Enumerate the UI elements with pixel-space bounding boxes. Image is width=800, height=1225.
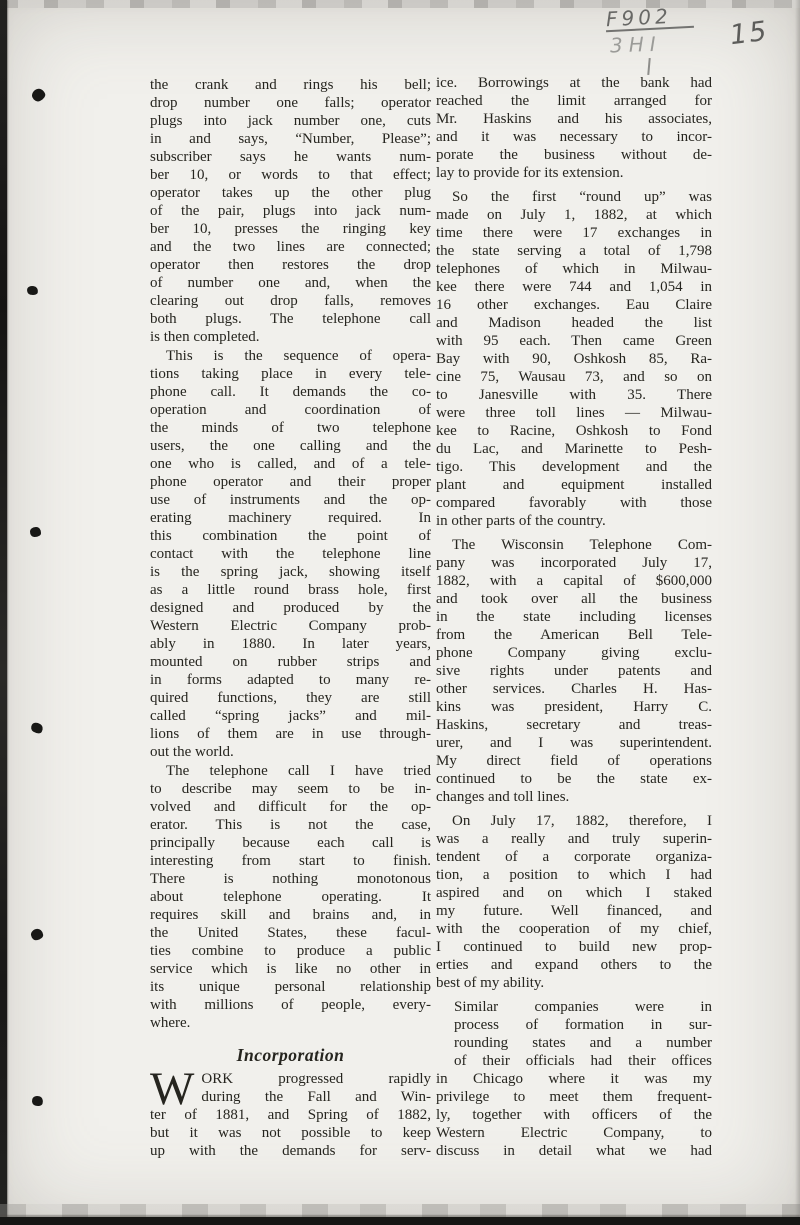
- text-line: On July 17, 1882, therefore, I: [436, 812, 712, 830]
- paragraph: The telephone call I have triedto descri…: [150, 762, 431, 1032]
- paragraph: So the first “round up” wasmade on July …: [436, 188, 712, 530]
- text-line: lay to provide for its extension.: [436, 164, 712, 182]
- text-line: best of my ability.: [436, 974, 712, 992]
- ink-spot: [31, 1095, 44, 1108]
- text-line: but it was not possible to keep: [150, 1124, 431, 1142]
- text-line: and the two lines are connected;: [150, 238, 431, 256]
- scan-edge-bottom-mottle: [0, 1204, 800, 1217]
- text-line: discuss in detail what we had: [436, 1142, 712, 1160]
- text-line: the minds of two telephone: [150, 419, 431, 437]
- text-line: Haskins, secretary and treas-: [436, 716, 712, 734]
- text-line: of number one and, when the: [150, 274, 431, 292]
- text-line: ties combine to produce a public: [150, 942, 431, 960]
- text-line: to describe may seem to be in-: [150, 780, 431, 798]
- left-text-column: the crank and rings his bell;drop number…: [150, 76, 431, 1160]
- text-line: time there were 17 exchanges in: [436, 224, 712, 242]
- paragraph: WORK progressed rapidlyduring the Fall a…: [150, 1070, 431, 1160]
- handwritten-tick-mark: [647, 58, 650, 75]
- ink-spot: [26, 285, 38, 296]
- text-line: volved and difficult for the op-: [150, 798, 431, 816]
- text-line: were three toll lines — Milwau-: [436, 404, 712, 422]
- text-line: tion, a position to which I had: [436, 866, 712, 884]
- text-line: ice. Borrowings at the bank had: [436, 74, 712, 92]
- text-line: cine 75, Wausau 73, and so on: [436, 368, 712, 386]
- text-line: and took over all the business: [436, 590, 712, 608]
- drop-cap-letter: W: [150, 1070, 201, 1106]
- text-line: ably in 1880. In later years,: [150, 635, 431, 653]
- text-line: service which is like no other in: [150, 960, 431, 978]
- scanned-document-page: F902 3HI 15 the crank and rings his bell…: [0, 0, 800, 1225]
- text-line: and Madison headed the list: [436, 314, 712, 332]
- text-line: kins was president, Harry C.: [436, 698, 712, 716]
- text-line: ly, together with officers of the: [436, 1106, 712, 1124]
- section-heading: Incorporation: [150, 1046, 431, 1064]
- text-line: tigo. This development and the: [436, 458, 712, 476]
- text-line: erator. This is not the case,: [150, 816, 431, 834]
- text-line: quired functions, they are still: [150, 689, 431, 707]
- scan-edge-left: [0, 0, 7, 1225]
- paragraph: the crank and rings his bell;drop number…: [150, 76, 431, 346]
- text-line: to Janesville with 35. There: [436, 386, 712, 404]
- text-line: tendent of a corporate organiza-: [436, 848, 712, 866]
- text-line: my future. Well financed, and: [436, 902, 712, 920]
- text-line: where.: [150, 1014, 431, 1032]
- text-line: both plugs. The telephone call: [150, 310, 431, 328]
- paragraph: ice. Borrowings at the bank hadreached t…: [436, 74, 712, 182]
- text-line: aspired and on which I staked: [436, 884, 712, 902]
- text-line: with the cooperation of my chief,: [436, 920, 712, 938]
- text-line: its unique personal relationship: [150, 978, 431, 996]
- text-line: drop number one falls; operator: [150, 94, 431, 112]
- text-line: 16 other exchanges. Eau Claire: [436, 296, 712, 314]
- text-line: Mr. Haskins and his associates,: [436, 110, 712, 128]
- text-line: users, the one calling and the: [150, 437, 431, 455]
- text-line: Similar companies were in: [436, 998, 712, 1016]
- text-line: phone call. It demands the co-: [150, 383, 431, 401]
- text-line: out the world.: [150, 743, 431, 761]
- ink-spot: [30, 527, 41, 537]
- text-line: The telephone call I have tried: [150, 762, 431, 780]
- text-line: contact with the telephone line: [150, 545, 431, 563]
- text-line: du Lac, and Marinette to Pesh-: [436, 440, 712, 458]
- text-line: The Wisconsin Telephone Com-: [436, 536, 712, 554]
- text-line: urer, and I was superintendent.: [436, 734, 712, 752]
- text-line: was a really and truly superin-: [436, 830, 712, 848]
- handwritten-code-bottom: 3HI: [610, 31, 695, 58]
- text-line: is the spring jack, showing itself: [150, 563, 431, 581]
- text-line: operation and coordination of: [150, 401, 431, 419]
- text-line: This is the sequence of opera-: [150, 347, 431, 365]
- text-line: subscriber says he wants num-: [150, 148, 431, 166]
- text-line: ter of 1881, and Spring of 1882,: [150, 1106, 431, 1124]
- text-line: process of formation in sur-: [436, 1016, 712, 1034]
- text-line: kee there were 744 and 1,054 in: [436, 278, 712, 296]
- text-line: telephones of which in Milwau-: [436, 260, 712, 278]
- text-line: 1882, with a capital of $600,000: [436, 572, 712, 590]
- text-line: from the American Bell Tele-: [436, 626, 712, 644]
- paragraph: The Wisconsin Telephone Com-pany was inc…: [436, 536, 712, 806]
- text-line: requires skill and brains and, in: [150, 906, 431, 924]
- text-line: Western Electric Company prob-: [150, 617, 431, 635]
- text-line: with millions of people, every-: [150, 996, 431, 1014]
- text-line: tions taking place in every tele-: [150, 365, 431, 383]
- text-line: made on July 1, 1882, at which: [436, 206, 712, 224]
- scan-edge-bottom: [0, 1217, 800, 1225]
- text-line: with 95 each. Then came Green: [436, 332, 712, 350]
- right-text-column: ice. Borrowings at the bank hadreached t…: [436, 74, 712, 1160]
- text-line: I continued to build new prop-: [436, 938, 712, 956]
- text-line: continued to be the state ex-: [436, 770, 712, 788]
- text-line: use of instruments and the op-: [150, 491, 431, 509]
- text-line: called “spring jacks” and mil-: [150, 707, 431, 725]
- text-line: in and says, “Number, Please”;: [150, 130, 431, 148]
- scan-edge-right: [795, 0, 800, 1225]
- text-line: rounding states and a number: [436, 1034, 712, 1052]
- text-line: erties and expand others to the: [436, 956, 712, 974]
- handwritten-page-number: 15: [728, 16, 770, 51]
- text-line: the crank and rings his bell;: [150, 76, 431, 94]
- handwritten-annotation: F902 3HI: [606, 5, 694, 75]
- text-line: phone operator and their proper: [150, 473, 431, 491]
- text-line: phone Company giving exclu-: [436, 644, 712, 662]
- paragraph: This is the sequence of opera-tions taki…: [150, 347, 431, 761]
- text-line: pany was incorporated July 17,: [436, 554, 712, 572]
- text-line: one who is called, and of a tele-: [150, 455, 431, 473]
- text-line: in other parts of the country.: [436, 512, 712, 530]
- text-line: privilege to meet them frequent-: [436, 1088, 712, 1106]
- text-line: this combination the point of: [150, 527, 431, 545]
- text-line: operator then restores the drop: [150, 256, 431, 274]
- text-line: Western Electric Company, to: [436, 1124, 712, 1142]
- text-line: erating machinery required. In: [150, 509, 431, 527]
- text-line: clearing out drop falls, removes: [150, 292, 431, 310]
- text-line: porate the business without de-: [436, 146, 712, 164]
- text-line: in the state including licenses: [436, 608, 712, 626]
- text-line: and it was necessary to incor-: [436, 128, 712, 146]
- ink-spot: [30, 928, 44, 941]
- text-line: as a little round brass hole, first: [150, 581, 431, 599]
- paragraph: Similar companies were inprocess of form…: [436, 998, 712, 1160]
- text-line: My direct field of operations: [436, 752, 712, 770]
- text-line: ber 10, or words to that effect;: [150, 166, 431, 184]
- text-line: in Chicago where it was my: [436, 1070, 712, 1088]
- ink-spot: [29, 721, 44, 736]
- paragraph: On July 17, 1882, therefore, Iwas a real…: [436, 812, 712, 992]
- text-line: Bay with 90, Oshkosh 85, Ra-: [436, 350, 712, 368]
- text-line: There is nothing monotonous: [150, 870, 431, 888]
- text-line: the United States, these facul-: [150, 924, 431, 942]
- text-line: about telephone operating. It: [150, 888, 431, 906]
- text-line: principally because each call is: [150, 834, 431, 852]
- text-line: plugs into jack number one, cuts: [150, 112, 431, 130]
- text-line: reached the limit arranged for: [436, 92, 712, 110]
- text-line: compared favorably with those: [436, 494, 712, 512]
- text-line: the state serving a total of 1,798: [436, 242, 712, 260]
- text-line: of their officials had their offices: [436, 1052, 712, 1070]
- text-line: of the pair, plugs into jack num-: [150, 202, 431, 220]
- text-line: interesting from start to finish.: [150, 852, 431, 870]
- ink-spot: [30, 87, 47, 103]
- text-line: plant and equipment installed: [436, 476, 712, 494]
- text-line: operator takes up the other plug: [150, 184, 431, 202]
- text-line: lions of them are in use through-: [150, 725, 431, 743]
- text-line: designed and produced by the: [150, 599, 431, 617]
- text-line: is then completed.: [150, 328, 431, 346]
- text-line: sive rights under patents and: [436, 662, 712, 680]
- text-line: up with the demands for serv-: [150, 1142, 431, 1160]
- text-line: ber 10, presses the ringing key: [150, 220, 431, 238]
- text-line: So the first “round up” was: [436, 188, 712, 206]
- text-line: in forms adapted to many re-: [150, 671, 431, 689]
- text-line: changes and toll lines.: [436, 788, 712, 806]
- text-line: mounted on rubber strips and: [150, 653, 431, 671]
- text-line: kee to Racine, Oshkosh to Fond: [436, 422, 712, 440]
- text-line: other services. Charles H. Has-: [436, 680, 712, 698]
